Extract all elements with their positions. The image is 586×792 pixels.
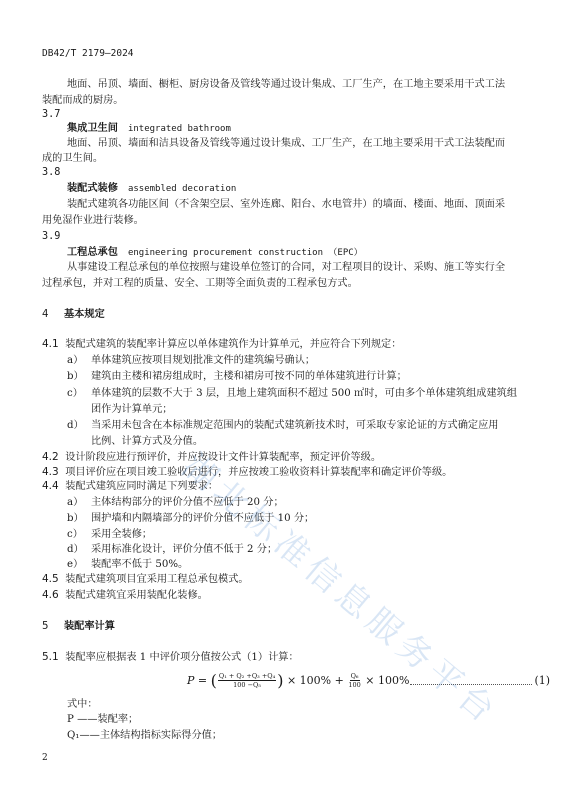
term-english: assembled decoration xyxy=(128,184,236,194)
paragraph-line: 成的卫生间。 xyxy=(42,152,103,165)
formula-lhs: P = xyxy=(187,674,207,687)
clause-4-3: 4.3 项目评价应在项目竣工验收后进行，并应按竣工验收资料计算装配率和确定评价等… xyxy=(42,466,452,479)
clause-text: 设计阶段应进行预评价，并应按设计文件计算装配率，预定评价等级。 xyxy=(65,452,381,463)
term-number: 3.8 xyxy=(42,166,60,179)
list-item: e）装配率不低于 50%。 xyxy=(67,558,188,571)
fraction-1: Q₁ + Q₂ +Q₃ +Q₄100 −Q₅ xyxy=(218,672,276,689)
clause-text: 装配率应根据表 1 中评价项分值按公式（1）计算： xyxy=(65,652,298,663)
clause-number: 4.6 xyxy=(42,589,62,602)
clause-number: 4.5 xyxy=(42,573,62,586)
clause-4-1: 4.1 装配式建筑的装配率计算应以单体建筑作为计算单元，并应符合下列规定： xyxy=(42,338,401,351)
list-item-continuation: 团作为计算单元； xyxy=(91,403,173,416)
clause-5-1: 5.1 装配率应根据表 1 中评价项分值按公式（1）计算： xyxy=(42,651,299,664)
list-item-continuation: 比例、计算方式及分值。 xyxy=(91,435,203,448)
list-item: b）围护墙和内隔墙部分的评价分值不应低于 10 分； xyxy=(67,512,314,525)
leader-dots xyxy=(410,676,532,685)
list-item: b）建筑由主楼和裙房组成时，主楼和裙房可按不同的单体建筑进行计算； xyxy=(67,370,407,383)
section-title: 装配率计算 xyxy=(64,621,115,632)
term-number: 3.9 xyxy=(42,230,60,243)
formula-1: P = ( Q₁ + Q₂ +Q₃ +Q₄100 −Q₅) × 100% + Q… xyxy=(187,672,550,689)
clause-4-2: 4.2 设计阶段应进行预评价，并应按设计文件计算装配率，预定评价等级。 xyxy=(42,451,381,464)
term-english: integrated bathroom xyxy=(128,124,231,134)
paragraph-line: 过程承包，并对工程的质量、安全、工期等全面负责的工程承包方式。 xyxy=(42,277,358,290)
clause-number: 4.2 xyxy=(42,451,62,464)
term-english: engineering procurement construction （EP… xyxy=(128,248,363,258)
clause-text: 装配式建筑应同时满足下列要求： xyxy=(65,481,218,492)
clause-4-5: 4.5 装配式建筑项目宜采用工程总承包模式。 xyxy=(42,573,249,586)
page-number: 2 xyxy=(42,752,48,765)
section-number: 5 xyxy=(42,620,64,633)
list-item: c）采用全装修； xyxy=(67,528,152,541)
fraction-2: Q₆100 xyxy=(348,672,360,689)
list-item: a）单体建筑应按项目规划批准文件的建筑编号确认； xyxy=(67,354,315,367)
list-item: a）主体结构部分的评价分值不应低于 20 分； xyxy=(67,496,284,509)
clause-4-4: 4.4 装配式建筑应同时满足下列要求： xyxy=(42,480,218,493)
paragraph-line: 地面、吊顶、墙面、橱柜、厨房设备及管线等通过设计集成、工厂生产，在工地主要采用干… xyxy=(67,78,505,91)
clause-text: 装配式建筑项目宜采用工程总承包模式。 xyxy=(65,574,248,585)
clause-number: 5.1 xyxy=(42,651,62,664)
equation-number: (1) xyxy=(534,674,550,687)
section-heading-4: 4基本规定 xyxy=(42,308,105,321)
term-chinese: 集成卫生间 xyxy=(67,122,118,134)
list-item: d）采用标准化设计，评价分值不低于 2 分； xyxy=(67,543,277,556)
document-code-header: DB42/T 2179—2024 xyxy=(42,47,134,60)
term-number: 3.7 xyxy=(42,108,60,121)
paragraph-line: 装配式建筑各功能区间（不含架空层、室外连廊、阳台、水电管井）的墙面、楼面、地面、… xyxy=(67,198,505,211)
list-item: d）当采用未包含在本标准规定范围内的装配式建筑新技术时，可采取专家论证的方式确定… xyxy=(67,419,499,432)
where-label: 式中： xyxy=(67,698,98,711)
term-heading: 工程总承包engineering procurement constructio… xyxy=(67,246,363,260)
clause-number: 4.3 xyxy=(42,466,62,479)
section-number: 4 xyxy=(42,308,64,321)
clause-text: 装配式建筑的装配率计算应以单体建筑作为计算单元，并应符合下列规定： xyxy=(65,339,401,350)
term-heading: 装配式装修assembled decoration xyxy=(67,182,236,196)
clause-number: 4.1 xyxy=(42,338,62,351)
variable-definition: P ——装配率； xyxy=(67,713,138,726)
clause-text: 装配式建筑宜采用装配化装修。 xyxy=(65,590,208,601)
paragraph-line: 用免湿作业进行装修。 xyxy=(42,214,144,227)
clause-4-6: 4.6 装配式建筑宜采用装配化装修。 xyxy=(42,589,208,602)
paragraph-line: 从事建设工程总承包的单位按照与建设单位签订的合同，对工程项目的设计、采购、施工等… xyxy=(67,261,505,274)
section-title: 基本规定 xyxy=(64,309,105,320)
section-heading-5: 5装配率计算 xyxy=(42,620,115,633)
term-chinese: 装配式装修 xyxy=(67,182,118,194)
clause-text: 项目评价应在项目竣工验收后进行，并应按竣工验收资料计算装配率和确定评价等级。 xyxy=(65,467,452,478)
clause-number: 4.4 xyxy=(42,480,62,493)
list-item: c）单体建筑的层数不大于 3 层，且地上建筑面积不超过 500 ㎡时，可由多个单… xyxy=(67,387,517,400)
term-chinese: 工程总承包 xyxy=(67,246,118,258)
paragraph-line: 装配而成的厨房。 xyxy=(42,94,124,107)
paragraph-line: 地面、吊顶、墙面和洁具设备及管线等通过设计集成、工厂生产，在工地主要采用干式工法… xyxy=(67,137,505,150)
watermark: 湖北标准信息服务平台 xyxy=(174,440,512,735)
term-heading: 集成卫生间integrated bathroom xyxy=(67,122,231,136)
variable-definition: Q₁——主体结构指标实际得分值； xyxy=(67,729,222,742)
